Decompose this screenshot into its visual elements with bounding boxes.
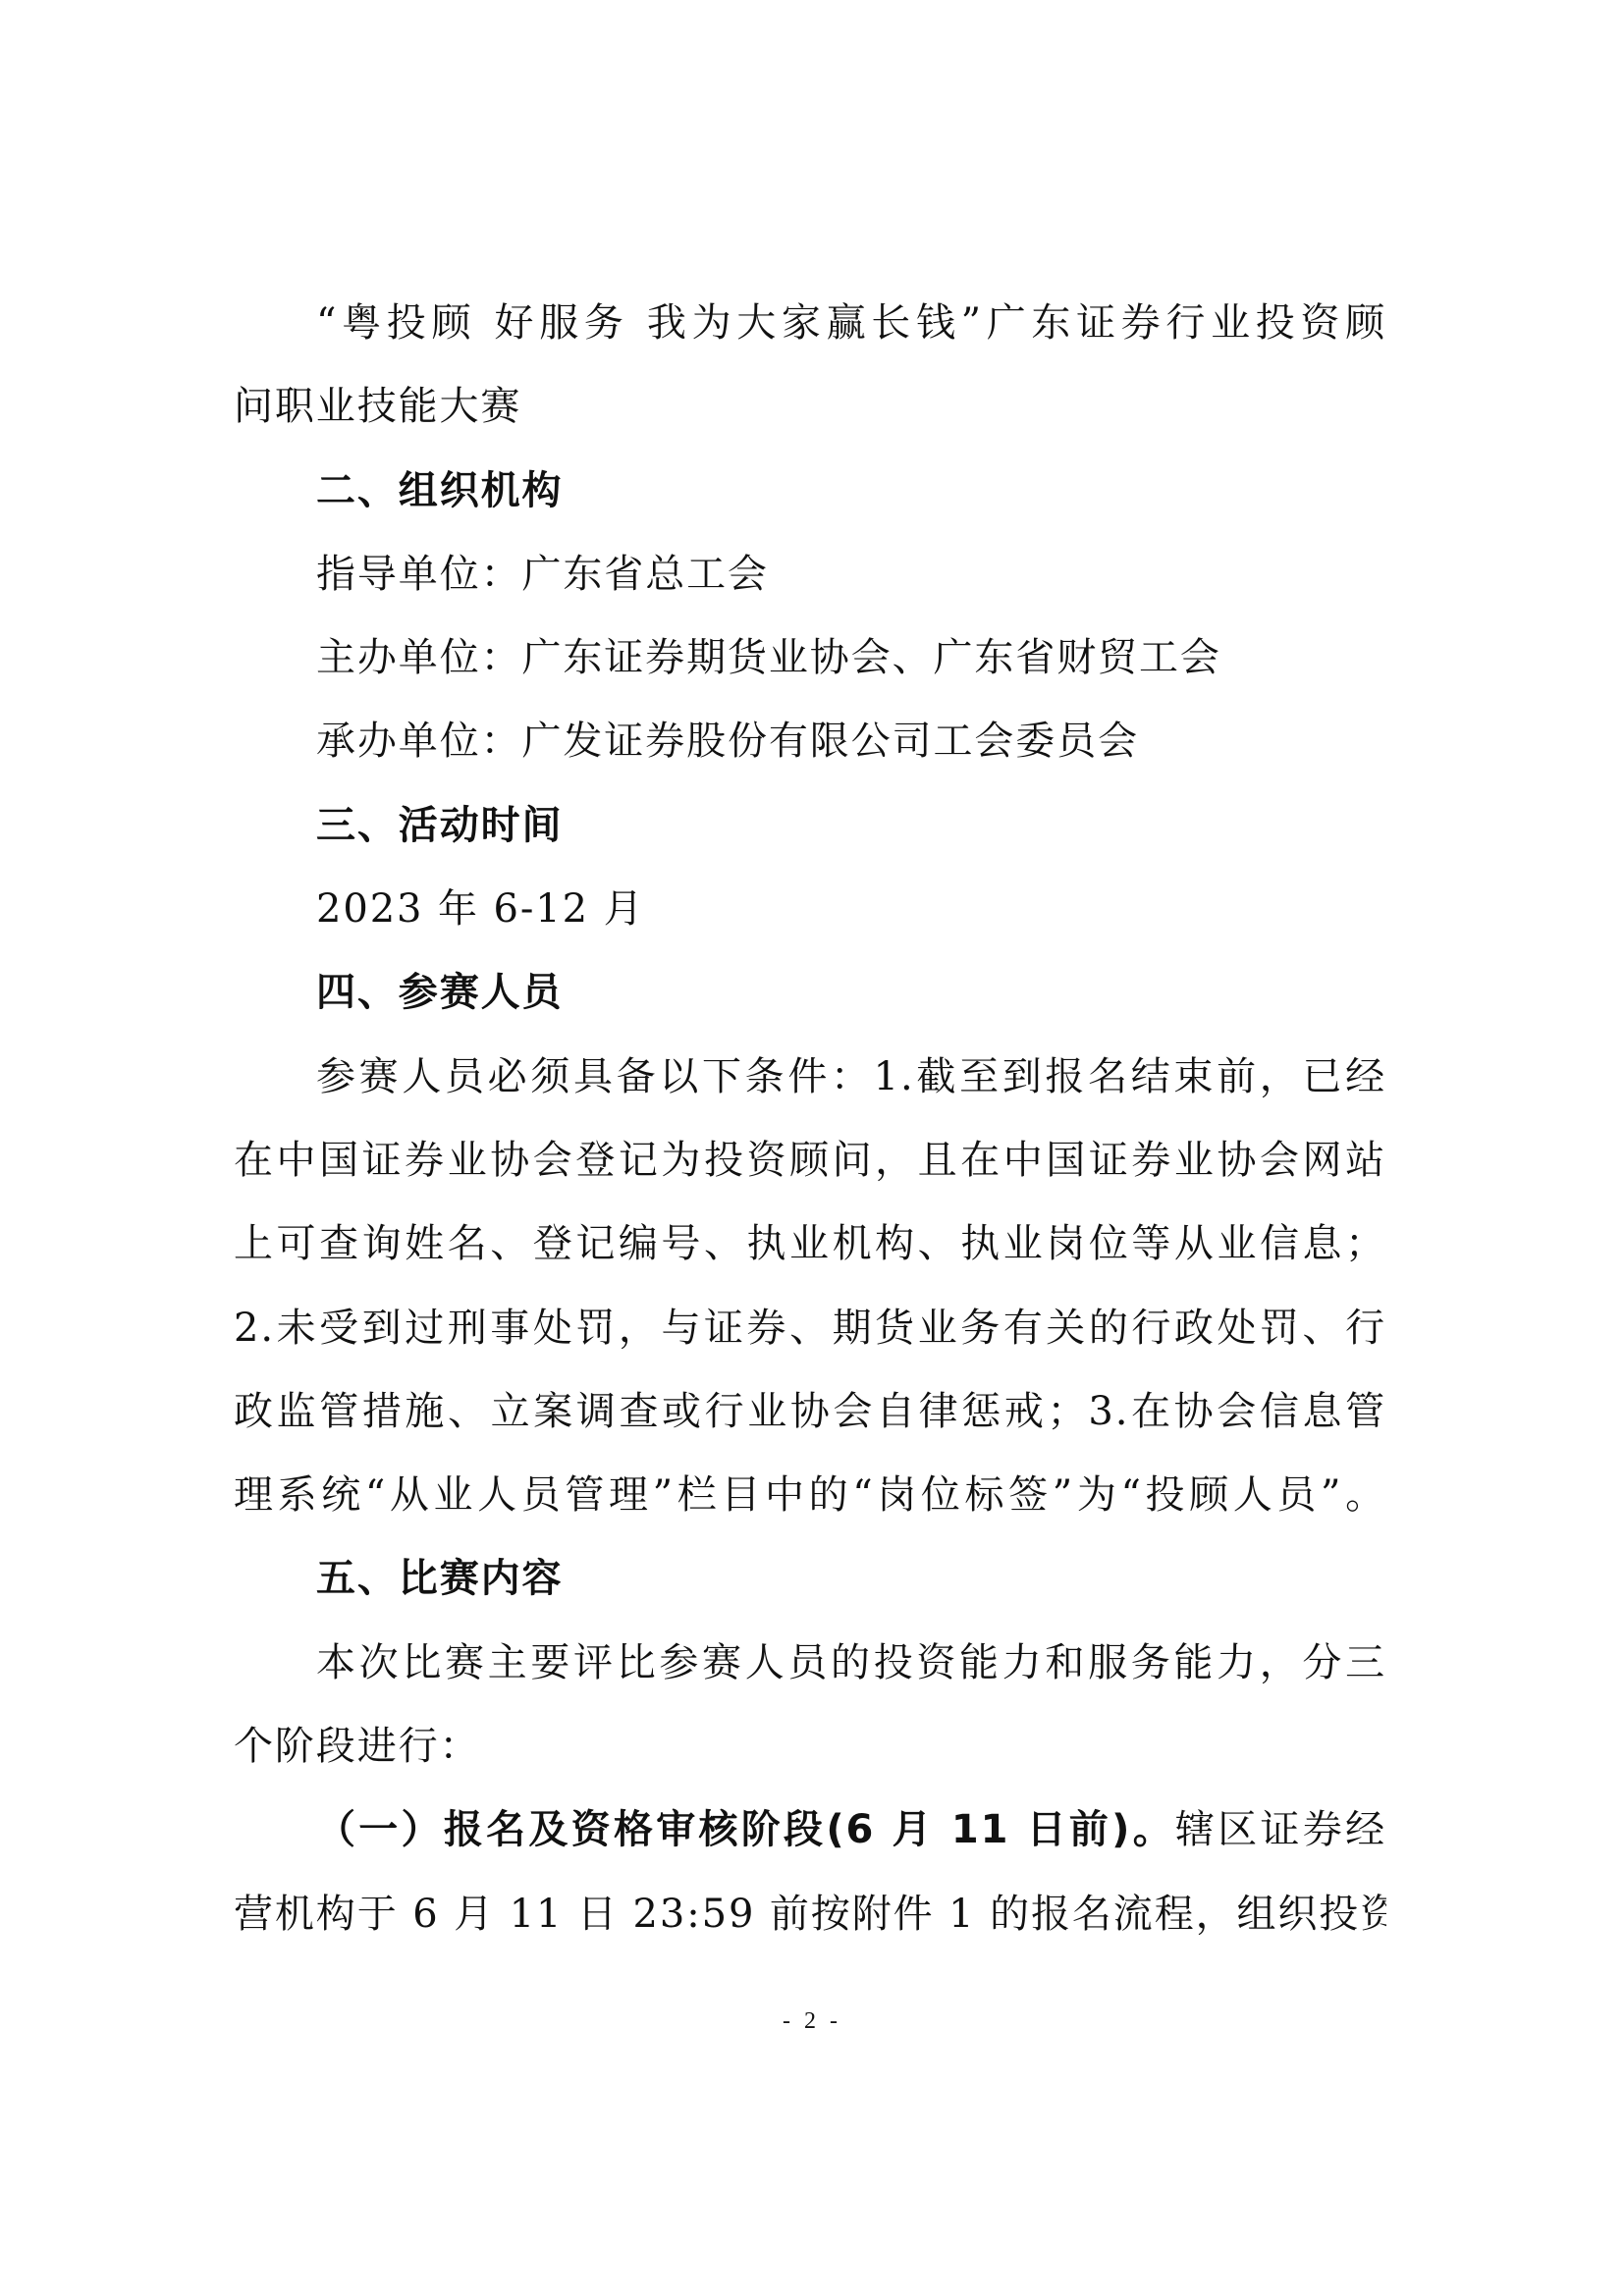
participants-line: 上可查询姓名、登记编号、执业机构、执业岗位等从业信息； bbox=[234, 1202, 1386, 1286]
participants-line: 在中国证券业协会登记为投资顾问，且在中国证券业协会网站 bbox=[234, 1119, 1386, 1202]
participants-line: 理系统“从业人员管理”栏目中的“岗位标签”为“投顾人员”。 bbox=[234, 1454, 1386, 1537]
section-heading-content: 五、比赛内容 bbox=[234, 1537, 1386, 1621]
intro-line-2: 问职业技能大赛 bbox=[234, 365, 1386, 449]
participants-line: 政监管措施、立案调查或行业协会自律惩戒；3.在协会信息管 bbox=[234, 1370, 1386, 1454]
document-page: “粤投顾 好服务 我为大家赢长钱”广东证券行业投资顾 问职业技能大赛 二、组织机… bbox=[234, 282, 1386, 1956]
content-intro-line: 本次比赛主要评比参赛人员的投资能力和服务能力，分三 bbox=[234, 1622, 1386, 1705]
guiding-unit: 指导单位：广东省总工会 bbox=[234, 533, 1386, 616]
section-heading-participants: 四、参赛人员 bbox=[234, 951, 1386, 1035]
activity-time: 2023 年 6-12 月 bbox=[234, 868, 1386, 951]
participants-line: 参赛人员必须具备以下条件：1.截至到报名结束前，已经 bbox=[234, 1036, 1386, 1119]
host-unit: 主办单位：广东证券期货业协会、广东省财贸工会 bbox=[234, 616, 1386, 700]
section-heading-time: 三、活动时间 bbox=[234, 784, 1386, 868]
participants-line: 2.未受到过刑事处罚，与证券、期货业务有关的行政处罚、行 bbox=[234, 1287, 1386, 1370]
stage1-line-1-rest: 辖区证券经 bbox=[1175, 1807, 1386, 1852]
stage1-line-1: （一）报名及资格审核阶段(6 月 11 日前)。辖区证券经 bbox=[234, 1789, 1386, 1872]
stage1-title: （一）报名及资格审核阶段(6 月 11 日前)。 bbox=[316, 1807, 1175, 1852]
organizer-unit: 承办单位：广发证券股份有限公司工会委员会 bbox=[234, 700, 1386, 783]
content-intro-line: 个阶段进行： bbox=[234, 1705, 1386, 1789]
section-heading-organization: 二、组织机构 bbox=[234, 450, 1386, 533]
intro-line-1: “粤投顾 好服务 我为大家赢长钱”广东证券行业投资顾 bbox=[234, 282, 1386, 365]
page-number: - 2 - bbox=[0, 2008, 1624, 2035]
stage1-line-2: 营机构于 6 月 11 日 23:59 前按附件 1 的报名流程，组织投资 bbox=[234, 1873, 1386, 1956]
